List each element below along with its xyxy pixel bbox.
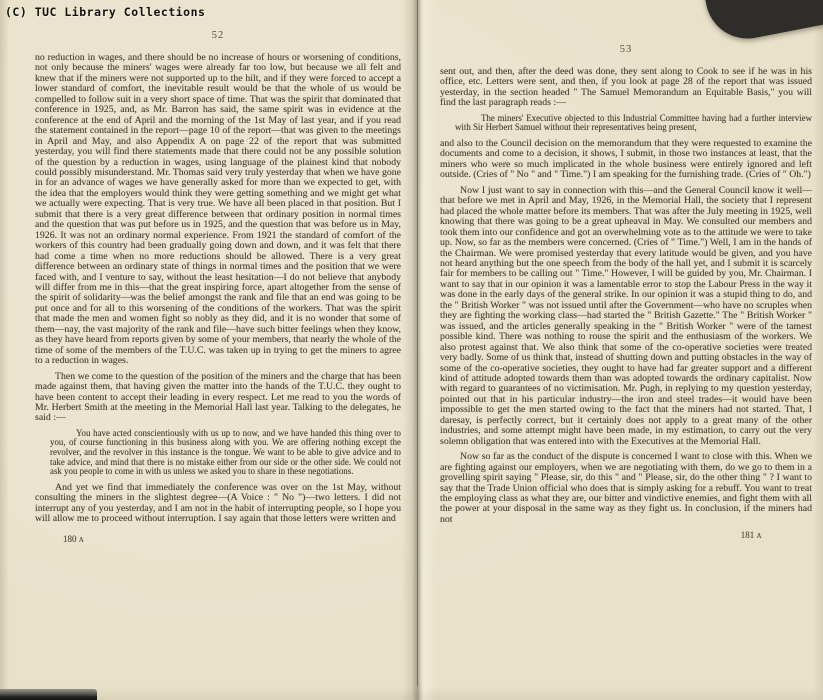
page-footer: 180 A (63, 534, 401, 544)
page-gutter-crease (402, 0, 436, 700)
copyright-watermark: (C) TUC Library Collections (5, 5, 205, 19)
paragraph: Now so far as the conduct of the dispute… (440, 452, 812, 525)
paragraph: Then we come to the question of the posi… (35, 372, 401, 424)
right-page: 53 sent out, and then, after the deed wa… (440, 44, 812, 540)
paragraph-continuation: no reduction in wages, and there should … (35, 53, 401, 367)
paragraph: Now I just want to say in connection wit… (440, 186, 812, 447)
footer-letter: A (79, 536, 85, 544)
footer-number: 181 (741, 530, 755, 540)
footer-letter: A (756, 532, 762, 540)
left-page: 52 no reduction in wages, and there shou… (35, 30, 401, 544)
page-number: 53 (440, 44, 812, 55)
scanned-book-spread: (C) TUC Library Collections 52 no reduct… (0, 0, 823, 700)
paragraph-continuation: sent out, and then, after the deed was d… (440, 67, 812, 109)
page-footer: 181 A (440, 530, 762, 540)
page-number: 52 (35, 30, 401, 41)
blockquote-speech: You have acted conscientiously with us u… (50, 429, 401, 477)
paragraph-continuation: and also to the Council decision on the … (440, 139, 812, 181)
paragraph: And yet we find that immediately the con… (35, 483, 401, 525)
blockquote-report-extract: The miners' Executive objected to this I… (455, 114, 812, 133)
scan-background-corner (702, 0, 823, 46)
footer-number: 180 (63, 534, 77, 544)
scan-background-bottom-edge (0, 689, 97, 700)
